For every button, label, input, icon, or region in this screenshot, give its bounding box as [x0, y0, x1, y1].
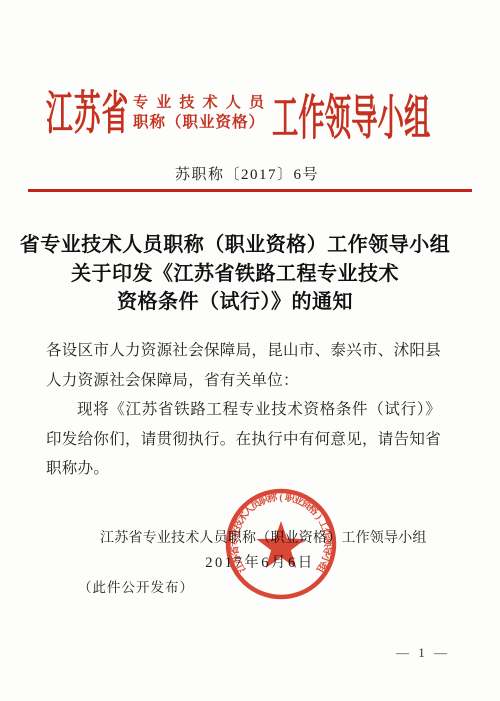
body-paragraph-addressees: 各设区市人力资源社会保障局，昆山市、泰兴市、沭阳县人力资源社会保障局，省有关单位…: [46, 336, 441, 395]
svg-text:(: (: [279, 492, 283, 503]
signature-org-name: 江苏省专业技术人员职称（职业资格）工作领导小组: [100, 527, 424, 547]
letterhead-mid-line2: 职称（职业资格）: [133, 113, 264, 132]
svg-text:职: 职: [256, 492, 271, 508]
svg-text:称: 称: [265, 490, 279, 505]
svg-text:人: 人: [240, 502, 256, 518]
letterhead-mid-line1: 专业技术人员: [133, 94, 264, 112]
svg-text:业: 业: [291, 492, 305, 508]
document-body: 各设区市人力资源社会保障局，昆山市、泰兴市、沭阳县人力资源社会保障局，省有关单位…: [46, 336, 441, 484]
signature-date: 2017年6月6日: [205, 551, 315, 572]
svg-text:格: 格: [305, 502, 321, 518]
svg-text:术: 术: [234, 509, 251, 526]
title-line-2: 关于印发《江苏省铁路工程专业技术: [8, 260, 462, 289]
letterhead-org-left: 江苏省: [46, 91, 130, 137]
svg-text:职: 职: [284, 490, 297, 505]
title-line-1: 省专业技术人员职称（职业资格）工作领导小组: [8, 231, 462, 260]
document-number: 苏职称〔2017〕6号: [0, 163, 494, 184]
body-paragraph-main: 现将《江苏省铁路工程专业技术资格条件（试行）》印发给你们，请贯彻执行。在执行中有…: [46, 395, 441, 484]
letterhead-org-middle: 专业技术人员 职称（职业资格）: [133, 94, 264, 132]
page-number: — 1 —: [396, 645, 450, 661]
svg-text:组: 组: [314, 560, 330, 575]
document-title: 省专业技术人员职称（职业资格）工作领导小组 关于印发《江苏省铁路工程专业技术 资…: [8, 231, 462, 317]
svg-text:员: 员: [248, 496, 264, 513]
title-line-3: 资格条件（试行）》的通知: [8, 288, 462, 317]
red-separator-rule: [28, 189, 472, 192]
svg-text:资: 资: [299, 496, 315, 513]
letterhead-org-right: 工作领导小组: [272, 95, 430, 143]
public-release-note: （此件公开发布）: [78, 576, 194, 596]
svg-text:小: 小: [318, 553, 334, 568]
document-page: 江苏省 专业技术人员 职称（职业资格） 工作领导小组 苏职称〔2017〕6号 省…: [0, 0, 500, 701]
svg-text:): ): [313, 513, 324, 522]
